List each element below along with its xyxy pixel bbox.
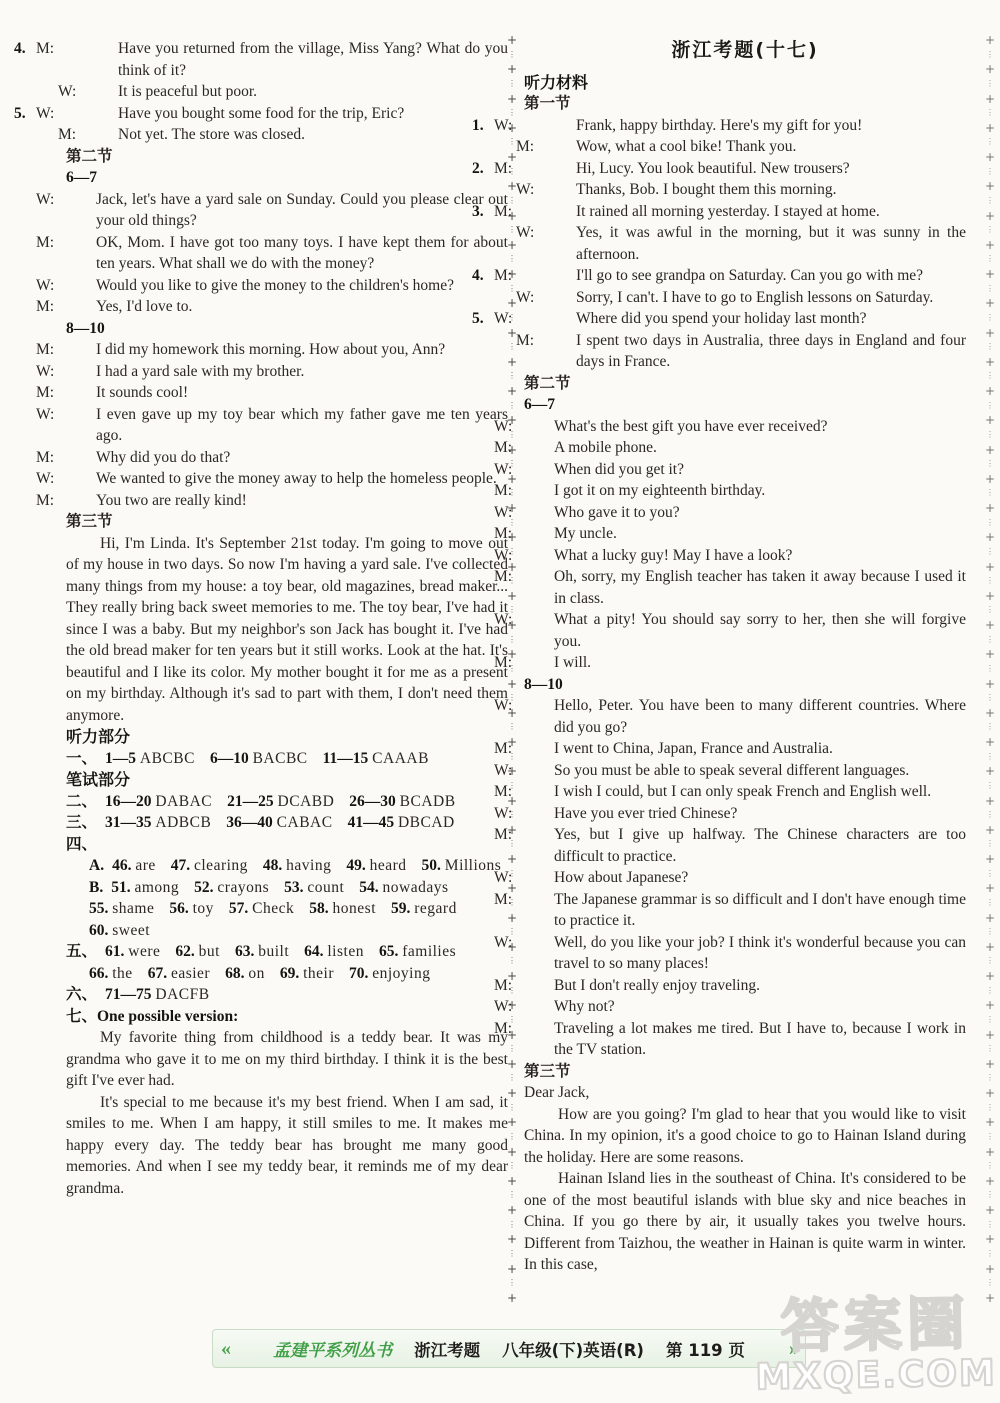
divider-dot-mark: ⋮ [986, 1221, 994, 1229]
dialogue-text: We wanted to give the money away to help… [96, 470, 497, 487]
answer-line: 五、61. were62. but63. built64. listen65. … [66, 941, 508, 963]
answer-number: 58. [309, 900, 328, 917]
speaker-label: M: [546, 158, 576, 180]
dialogue-text: I got it on my eighteenth birthday. [554, 482, 765, 499]
dialogue-line: M:My uncle. [524, 523, 966, 545]
divider-dot-mark: ⋮ [986, 665, 994, 673]
speaker-label: M: [524, 652, 554, 674]
speaker-label: W: [524, 695, 554, 717]
dialogue-text: Well, do you like your job? I think it's… [554, 934, 966, 973]
speaker-label: W: [546, 287, 576, 309]
divider-dot-mark: ⋮ [508, 402, 516, 410]
divider-plus-mark: + [985, 268, 995, 280]
answer-number: 54. [359, 879, 378, 896]
dialogue-text: Yes, it was awful in the morning, but it… [576, 224, 966, 263]
speaker-label: W: [66, 361, 96, 383]
answer-line: 三、31—35 ADBCB36—40 CABAC41—45 DBCAD [66, 812, 508, 834]
divider-dot-mark: ⋮ [508, 723, 516, 731]
answer-number: 46. [112, 857, 131, 874]
answer-item: 36—40 CABAC [226, 814, 332, 831]
dialogue-text: Not yet. The store was closed. [118, 126, 305, 143]
answer-value: sweet [112, 922, 150, 939]
answer-number: 70. [349, 965, 368, 982]
item-number: 5. [524, 308, 546, 330]
dialogue-line: M:I went to China, Japan, France and Aus… [524, 738, 966, 760]
answer-section-label: 四、A. [66, 836, 104, 875]
answer-number: 47. [171, 857, 190, 874]
divider-plus-mark: + [985, 414, 995, 426]
answer-line: 一、1—5 ABCBC6—10 BACBC11—15 CAAAB [66, 748, 508, 770]
speaker-label: M: [66, 339, 96, 361]
dialogue-text: Oh, sorry, my English teacher has taken … [554, 568, 966, 607]
answer-value: crayons [217, 879, 269, 896]
divider-dot-mark: ⋮ [986, 1045, 994, 1053]
divider-dot-mark: ⋮ [986, 197, 994, 205]
dialogue-text: How about Japanese? [554, 869, 688, 886]
dialogue-line: 4.M:I'll go to see grandpa on Saturday. … [524, 265, 966, 287]
part-heading: 第二节 [524, 373, 966, 395]
speaker-label: W: [524, 416, 554, 438]
divider-dot-mark: ⋮ [986, 138, 994, 146]
dialogue-line: M:Not yet. The store was closed. [88, 124, 508, 146]
answer-value: were [128, 943, 160, 960]
divider-dot-mark: ⋮ [986, 1104, 994, 1112]
divider-dot-mark: ⋮ [986, 606, 994, 614]
divider-dot-mark: ⋮ [986, 1191, 994, 1199]
answer-number: 69. [280, 965, 299, 982]
answer-number: 61. [105, 943, 124, 960]
divider-plus-mark: + [985, 122, 995, 134]
speaker-label: W: [524, 803, 554, 825]
answer-value: easier [171, 965, 210, 982]
speaker-label: M: [524, 566, 554, 588]
answer-item: 47. clearing [171, 857, 248, 874]
speaker-label: W: [524, 760, 554, 782]
divider-dot-mark: ⋮ [986, 109, 994, 117]
answer-value: CAAAB [372, 750, 429, 767]
answer-value: BACBC [253, 750, 308, 767]
watermark-site: MXQE.COM [755, 1352, 997, 1399]
answer-item: 71—75 DACFB [105, 986, 210, 1003]
divider-dot-mark: ⋮ [986, 811, 994, 819]
dialogue-text: I wish I could, but I can only speak Fre… [554, 783, 931, 800]
answer-value: heard [370, 857, 407, 874]
speaker-label: W: [546, 179, 576, 201]
dialogue-text: What's the best gift you have ever recei… [554, 418, 828, 435]
divider-dot-mark: ⋮ [986, 577, 994, 585]
divider-plus-mark: + [985, 1029, 995, 1041]
divider-plus-mark: + [985, 1146, 995, 1158]
divider-dot-mark: ⋮ [508, 957, 516, 965]
dialogue-text: A mobile phone. [554, 439, 657, 456]
divider-plus-mark: + [985, 297, 995, 309]
divider-plus-mark: + [985, 93, 995, 105]
question-range: 6—7 [66, 167, 508, 189]
dialogue-text: Thanks, Bob. I bought them this morning. [576, 181, 836, 198]
answer-value: are [135, 857, 155, 874]
answer-value: shame [112, 900, 154, 917]
speaker-label: M: [66, 232, 96, 254]
divider-dot-mark: ⋮ [986, 80, 994, 88]
dialogue-line: W:So you must be able to speak several d… [524, 760, 966, 782]
answer-value: honest [333, 900, 376, 917]
dialogue-text: The Japanese grammar is so difficult and… [554, 891, 966, 930]
question-range: 8—10 [524, 674, 966, 696]
divider-dot-mark: ⋮ [508, 138, 516, 146]
dialogue-text: Traveling a lot makes me tired. But I ha… [554, 1020, 966, 1059]
divider-dot-mark: ⋮ [508, 1133, 516, 1141]
divider-dot-mark: ⋮ [986, 870, 994, 878]
divider-plus-mark: + [507, 1233, 517, 1245]
item-number: 4. [524, 265, 546, 287]
answer-value: Check [252, 900, 294, 917]
dialogue-text: What a pity! You should say sorry to her… [554, 611, 966, 650]
paragraph: My favorite thing from childhood is a te… [66, 1027, 508, 1092]
speaker-label: M: [546, 330, 576, 352]
dialogue-text: Sorry, I can't. I have to go to English … [576, 289, 933, 306]
dialogue-line: W:Jack, let's have a yard sale on Sunday… [66, 189, 508, 232]
divider-plus-mark: + [985, 502, 995, 514]
page-edge-marks: +⋮+⋮+⋮+⋮+⋮+⋮+⋮+⋮+⋮+⋮+⋮+⋮+⋮+⋮+⋮+⋮+⋮+⋮+⋮+⋮… [984, 34, 996, 1304]
divider-plus-mark: + [985, 180, 995, 192]
answer-item: 11—15 CAAAB [323, 750, 429, 767]
paragraph: How are you going? I'm glad to hear that… [524, 1104, 966, 1169]
answer-item: 21—25 DCABD [227, 793, 334, 810]
answer-value: nowadays [383, 879, 449, 896]
watermark-text: 答案圈 [754, 1294, 996, 1356]
divider-plus-mark: + [985, 1233, 995, 1245]
answer-value: CABAC [277, 814, 333, 831]
scanned-answer-page: 4.M:Have you returned from the village, … [0, 0, 1000, 1403]
answer-value: families [402, 943, 456, 960]
speaker-label: W: [66, 404, 96, 426]
answer-item: 65. families [379, 943, 456, 960]
divider-plus-mark: + [507, 1087, 517, 1099]
divider-dot-mark: ⋮ [986, 489, 994, 497]
divider-dot-mark: ⋮ [986, 987, 994, 995]
answer-value: ADBCB [155, 814, 211, 831]
dialogue-text: Why did you do that? [96, 449, 230, 466]
dialogue-line: 4.M:Have you returned from the village, … [66, 38, 508, 81]
answer-item: 61. were [105, 943, 160, 960]
speaker-label: M: [524, 437, 554, 459]
answer-number: 67. [148, 965, 167, 982]
part-heading: 第三节 [66, 511, 508, 533]
speaker-label: M: [524, 523, 554, 545]
dialogue-text: I went to China, Japan, France and Austr… [554, 740, 833, 757]
divider-plus-mark: + [507, 1204, 517, 1216]
dialogue-text: I even gave up my toy bear which my fath… [96, 406, 508, 445]
dialogue-line: W:What a lucky guy! May I have a look? [524, 545, 966, 567]
divider-plus-mark: + [985, 1263, 995, 1275]
footer-bar: « 孟建平系列丛书 浙江考题 八年级(下)英语(R) 第 119 页 » [212, 1329, 806, 1368]
dialogue-text: OK, Mom. I have got too many toys. I hav… [96, 234, 508, 273]
answer-value: BCADB [400, 793, 456, 810]
speaker-label: M: [546, 265, 576, 287]
answer-value: on [248, 965, 265, 982]
answer-line: 四、A.46. are47. clearing48. having49. hea… [66, 834, 508, 877]
divider-plus-mark: + [507, 590, 517, 602]
footer-page-number: 第 119 页 [666, 1337, 745, 1361]
answer-number: 65. [379, 943, 398, 960]
answer-value: Millions [445, 857, 502, 874]
answer-item: 46. are [112, 857, 156, 874]
answer-item: 64. listen [304, 943, 364, 960]
divider-dot-mark: ⋮ [508, 1162, 516, 1170]
answer-item: 57. Check [229, 900, 294, 917]
dialogue-line: W:Yes, it was awful in the morning, but … [546, 222, 966, 265]
speaker-label: W: [66, 468, 96, 490]
speaker-label: M: [66, 382, 96, 404]
dialogue-text: So you must be able to speak several dif… [554, 762, 909, 779]
divider-plus-mark: + [985, 912, 995, 924]
divider-dot-mark: ⋮ [986, 1074, 994, 1082]
answer-item: 53. count [284, 879, 344, 896]
dialogue-text: Have you returned from the village, Miss… [118, 40, 508, 79]
speaker-label: W: [66, 275, 96, 297]
answer-item: 58. honest [309, 900, 376, 917]
divider-plus-mark: + [985, 444, 995, 456]
speaker-label: M: [88, 124, 118, 146]
divider-dot-mark: ⋮ [508, 226, 516, 234]
divider-plus-mark: + [985, 531, 995, 543]
divider-plus-mark: + [507, 1263, 517, 1275]
item-number: 2. [524, 158, 546, 180]
divider-plus-mark: + [985, 561, 995, 573]
divider-dot-mark: ⋮ [986, 460, 994, 468]
answer-section-label: 一、 [66, 750, 97, 767]
dialogue-text: I had a yard sale with my brother. [96, 363, 304, 380]
dialogue-text: It sounds cool! [96, 384, 188, 401]
divider-plus-mark: + [507, 1292, 517, 1304]
dialogue-line: W:Would you like to give the money to th… [66, 275, 508, 297]
answer-number: 50. [422, 857, 441, 874]
paragraph: It's special to me because it's my best … [66, 1092, 508, 1200]
divider-dot-mark: ⋮ [508, 1221, 516, 1229]
answer-number: 49. [346, 857, 365, 874]
dialogue-text: I will. [554, 654, 591, 671]
divider-dot-mark: ⋮ [508, 80, 516, 88]
speaker-label: W: [88, 103, 118, 125]
speaker-label: M: [524, 889, 554, 911]
speaker-label: W: [546, 222, 576, 244]
dialogue-line: M:A mobile phone. [524, 437, 966, 459]
speaker-label: W: [524, 996, 554, 1018]
divider-dot-mark: ⋮ [986, 840, 994, 848]
divider-dot-mark: ⋮ [986, 899, 994, 907]
divider-plus-mark: + [507, 63, 517, 75]
dialogue-line: M:Oh, sorry, my English teacher has take… [524, 566, 966, 609]
speaker-label: M: [524, 975, 554, 997]
divider-plus-mark: + [985, 795, 995, 807]
dialogue-text: Yes, but I give up halfway. The Chinese … [554, 826, 966, 865]
answer-item: 48. having [263, 857, 331, 874]
speaker-label: W: [524, 502, 554, 524]
dialogue-text: Have you bought some food for the trip, … [118, 105, 404, 122]
item-number: 5. [66, 103, 88, 125]
divider-plus-mark: + [507, 1146, 517, 1158]
divider-dot-mark: ⋮ [986, 285, 994, 293]
answer-number: 21—25 [227, 793, 274, 810]
dialogue-line: M:But I don't really enjoy traveling. [524, 975, 966, 997]
divider-plus-mark: + [985, 999, 995, 1011]
footer-grade-label: 八年级(下)英语(R) [502, 1337, 644, 1361]
dialogue-line: M:Wow, what a cool bike! Thank you. [546, 136, 966, 158]
left-column: 4.M:Have you returned from the village, … [66, 38, 508, 1199]
answer-number: 36—40 [226, 814, 273, 831]
divider-plus-mark: + [985, 619, 995, 631]
answer-value: clearing [194, 857, 248, 874]
item-number: 4. [66, 38, 88, 60]
divider-plus-mark: + [985, 765, 995, 777]
divider-dot-mark: ⋮ [508, 1250, 516, 1258]
dialogue-line: W:When did you get it? [524, 459, 966, 481]
answer-item: 60. sweet [89, 922, 150, 939]
dialogue-line: M:Traveling a lot makes me tired. But I … [524, 1018, 966, 1061]
dialogue-line: M:I did my homework this morning. How ab… [66, 339, 508, 361]
answer-item: 68. on [225, 965, 265, 982]
dialogue-text: It rained all morning yesterday. I staye… [576, 203, 880, 220]
divider-dot-mark: ⋮ [508, 255, 516, 263]
dialogue-line: W:I had a yard sale with my brother. [66, 361, 508, 383]
divider-dot-mark: ⋮ [986, 636, 994, 644]
divider-plus-mark: + [985, 882, 995, 894]
dialogue-text: It is peaceful but poor. [118, 83, 257, 100]
dialogue-text: But I don't really enjoy traveling. [554, 977, 760, 994]
answer-item: 63. built [235, 943, 289, 960]
section-heading: 笔试部分 [66, 769, 508, 791]
answer-line: 66. the67. easier68. on69. their70. enjo… [89, 963, 508, 985]
answer-section-label: B. [89, 879, 103, 896]
divider-dot-mark: ⋮ [986, 431, 994, 439]
dialogue-line: 1.W:Frank, happy birthday. Here's my gif… [524, 115, 966, 137]
item-number: 3. [524, 201, 546, 223]
divider-plus-mark: + [985, 648, 995, 660]
dialogue-line: M:Yes, but I give up halfway. The Chines… [524, 824, 966, 867]
dialogue-text: Hello, Peter. You have been to many diff… [554, 697, 966, 736]
answer-value: count [307, 879, 344, 896]
speaker-label: M: [66, 447, 96, 469]
speaker-label: W: [546, 115, 576, 137]
divider-plus-mark: + [985, 1175, 995, 1187]
dialogue-line: W:Sorry, I can't. I have to go to Englis… [546, 287, 966, 309]
answer-item: 1—5 ABCBC [105, 750, 195, 767]
answer-value: DCABD [278, 793, 335, 810]
paragraph: Hainan Island lies in the southeast of C… [524, 1168, 966, 1276]
answer-value: but [199, 943, 220, 960]
dialogue-line: W:Well, do you like your job? I think it… [524, 932, 966, 975]
answer-value: their [303, 965, 334, 982]
answer-section-label: 三、 [66, 814, 97, 831]
dialogue-text: I did my homework this morning. How abou… [96, 341, 445, 358]
answer-number: 63. [235, 943, 254, 960]
answer-item: 59. regard [391, 900, 457, 917]
dialogue-line: 5.W:Have you bought some food for the tr… [66, 103, 508, 125]
answer-line: 二、16—20 DABAC21—25 DCABD26—30 BCADB [66, 791, 508, 813]
divider-dot-mark: ⋮ [508, 1074, 516, 1082]
divider-dot-mark: ⋮ [986, 519, 994, 527]
answer-number: 51. [111, 879, 130, 896]
divider-dot-mark: ⋮ [986, 928, 994, 936]
speaker-label: M: [524, 738, 554, 760]
speaker-label: W: [524, 867, 554, 889]
footer-ornament-left-icon: « [221, 1337, 229, 1360]
answer-number: 62. [175, 943, 194, 960]
divider-dot-mark: ⋮ [986, 782, 994, 790]
speaker-label: M: [524, 480, 554, 502]
dialogue-line: W:Why not? [524, 996, 966, 1018]
divider-plus-mark: + [985, 34, 995, 46]
answer-item: 51. among [111, 879, 179, 896]
speaker-label: M: [88, 38, 118, 60]
answer-number: 31—35 [105, 814, 152, 831]
answer-value: listen [327, 943, 364, 960]
divider-plus-mark: + [985, 327, 995, 339]
dialogue-line: W:I even gave up my toy bear which my fa… [66, 404, 508, 447]
divider-plus-mark: + [985, 736, 995, 748]
divider-plus-mark: + [985, 853, 995, 865]
dialogue-line: W:What's the best gift you have ever rec… [524, 416, 966, 438]
dialogue-line: 3.M:It rained all morning yesterday. I s… [524, 201, 966, 223]
dialogue-text: My uncle. [554, 525, 617, 542]
footer-brand: 孟建平系列丛书 [273, 1336, 392, 1361]
dialogue-line: W:We wanted to give the money away to he… [66, 468, 508, 490]
divider-dot-mark: ⋮ [986, 1250, 994, 1258]
item-number: 1. [524, 115, 546, 137]
speaker-label: W: [524, 545, 554, 567]
dialogue-text: Who gave it to you? [554, 504, 680, 521]
divider-plus-mark: + [985, 63, 995, 75]
answer-item: 55. shame [89, 900, 154, 917]
divider-dot-mark: ⋮ [508, 1191, 516, 1199]
answer-heading: 七、One possible version: [66, 1006, 508, 1028]
dialogue-line: W:It is peaceful but poor. [88, 81, 508, 103]
answer-value: the [112, 965, 132, 982]
answer-value: having [286, 857, 331, 874]
divider-dot-mark: ⋮ [986, 723, 994, 731]
divider-dot-mark: ⋮ [986, 1016, 994, 1024]
answer-number: 64. [304, 943, 323, 960]
answer-item: 31—35 ADBCB [105, 814, 211, 831]
watermark: 答案圈 MXQE.COM [754, 1294, 997, 1399]
answer-number: 71—75 [105, 986, 152, 1003]
speaker-label: M: [66, 296, 96, 318]
answer-value: toy [193, 900, 214, 917]
answer-value: DACFB [155, 986, 209, 1003]
page-title: 浙江考题(十七) [524, 40, 966, 62]
answer-number: 53. [284, 879, 303, 896]
answer-number: 66. [89, 965, 108, 982]
answer-value: enjoying [372, 965, 430, 982]
speaker-label: M: [66, 490, 96, 512]
paragraph: Hi, I'm Linda. It's September 21st today… [66, 533, 508, 727]
answer-item: 41—45 DBCAD [348, 814, 455, 831]
answer-section-label: 六、 [66, 986, 97, 1003]
speaker-label: M: [546, 136, 576, 158]
answer-item: 6—10 BACBC [210, 750, 308, 767]
section-heading: 听力部分 [66, 726, 508, 748]
divider-dot-mark: ⋮ [986, 1279, 994, 1287]
divider-plus-mark: + [985, 473, 995, 485]
divider-plus-mark: + [985, 1058, 995, 1070]
divider-dot-mark: ⋮ [986, 548, 994, 556]
dialogue-text: When did you get it? [554, 461, 684, 478]
answer-item: 26—30 BCADB [349, 793, 455, 810]
part-heading: 第三节 [524, 1061, 966, 1083]
divider-dot-mark: ⋮ [986, 343, 994, 351]
dialogue-line: W:Hello, Peter. You have been to many di… [524, 695, 966, 738]
answer-item: 66. the [89, 965, 133, 982]
